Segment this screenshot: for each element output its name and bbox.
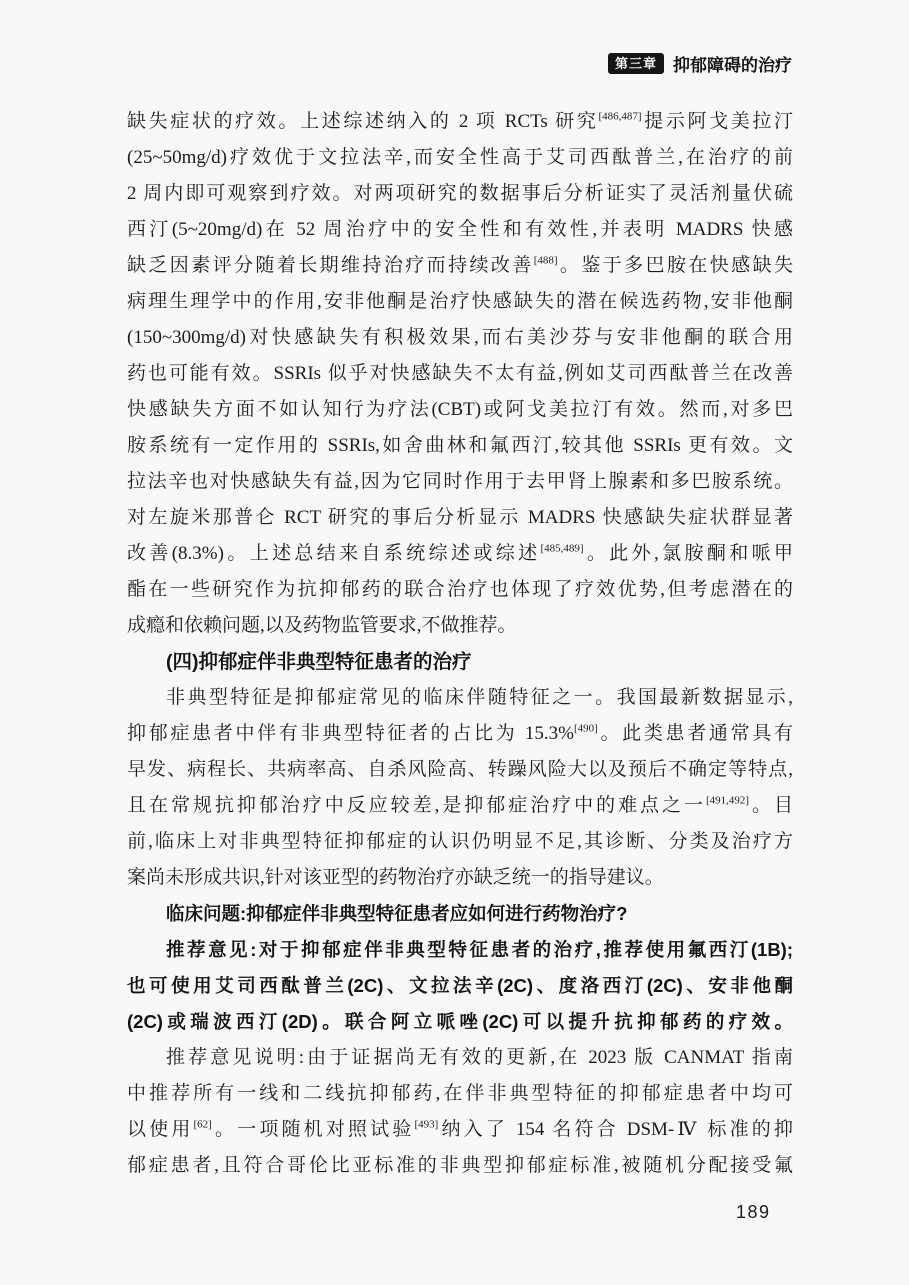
text-line: 拉法辛也对快感缺失有益,因为它同时作用于去甲肾上腺素和多巴胺系统。 [127, 464, 793, 500]
text-segment: 。鉴于多巴胺在快感缺失 [558, 255, 793, 276]
text-segment: 。此类患者通常具有 [598, 723, 793, 744]
text-segment: 2 周内即可观察到疗效。对两项研究的数据事后分析证实了灵活剂量伏硫 [127, 183, 793, 204]
text-line: 前,临床上对非典型特征抑郁症的认识仍明显不足,其诊断、分类及治疗方 [127, 824, 793, 860]
text-segment: 也可使用艾司西酞普兰(2C)、文拉法辛(2C)、度洛西汀(2C)、安非他酮 [127, 975, 793, 996]
text-segment: (四)抑郁症伴非典型特征患者的治疗 [166, 651, 472, 673]
text-segment: 临床问题:抑郁症伴非典型特征患者应如何进行药物治疗? [166, 903, 627, 924]
text-line: 推荐意见:对于抑郁症伴非典型特征患者的治疗,推荐使用氟西汀(1B); [127, 932, 793, 968]
text-line: (2C)或瑞波西汀(2D)。联合阿立哌唑(2C)可以提升抗抑郁药的疗效。 [127, 1004, 793, 1040]
text-line: 酯在一些研究作为抗抑郁药的联合治疗也体现了疗效优势,但考虑潜在的 [127, 572, 793, 608]
text-segment: 。目 [749, 795, 793, 816]
text-segment: 前,临床上对非典型特征抑郁症的认识仍明显不足,其诊断、分类及治疗方 [127, 831, 793, 852]
page-number: 189 [736, 1202, 771, 1223]
text-line: 病理生理学中的作用,安非他酮是治疗快感缺失的潜在候选药物,安非他酮 [127, 284, 793, 320]
text-line: 临床问题:抑郁症伴非典型特征患者应如何进行药物治疗? [127, 896, 793, 932]
text-segment: 早发、病程长、共病率高、自杀风险高、转躁风险大以及预后不确定等特点, [127, 759, 793, 780]
text-line: 抑郁症患者中伴有非典型特征者的占比为 15.3%[490]。此类患者通常具有 [127, 716, 793, 752]
text-segment: 以使用 [127, 1119, 194, 1140]
text-line: 推荐意见说明:由于证据尚无有效的更新,在 2023 版 CANMAT 指南 [127, 1040, 793, 1076]
text-line: 也可使用艾司西酞普兰(2C)、文拉法辛(2C)、度洛西汀(2C)、安非他酮 [127, 968, 793, 1004]
text-segment: 案尚未形成共识,针对该亚型的药物治疗亦缺乏统一的指导建议。 [127, 867, 664, 888]
text-segment: 西汀(5~20mg/d)在 52 周治疗中的安全性和有效性,并表明 MADRS … [127, 219, 793, 240]
text-segment: 推荐意见说明:由于证据尚无有效的更新,在 2023 版 CANMAT 指南 [166, 1047, 793, 1068]
text-segment: (2C)或瑞波西汀(2D)。联合阿立哌唑(2C)可以提升抗抑郁药的疗效。 [127, 1011, 793, 1032]
text-segment: 中推荐所有一线和二线抗抑郁药,在伴非典型特征的抑郁症患者中均可 [127, 1083, 793, 1104]
text-segment: 成瘾和依赖问题,以及药物监管要求,不做推荐。 [127, 615, 517, 636]
text-line: 快感缺失方面不如认知行为疗法(CBT)或阿戈美拉汀有效。然而,对多巴 [127, 392, 793, 428]
text-segment: 抑郁症患者中伴有非典型特征者的占比为 15.3% [127, 723, 574, 744]
text-segment: (25~50mg/d)疗效优于文拉法辛,而安全性高于艾司西酞普兰,在治疗的前 [127, 147, 793, 168]
text-line: 2 周内即可观察到疗效。对两项研究的数据事后分析证实了灵活剂量伏硫 [127, 176, 793, 212]
text-segment: 药也可能有效。SSRIs 似乎对快感缺失不太有益,例如艾司西酞普兰在改善 [127, 363, 793, 384]
citation-reference: [62] [194, 1119, 212, 1131]
text-line: 缺乏因素评分随着长期维持治疗而持续改善[488]。鉴于多巴胺在快感缺失 [127, 248, 793, 284]
text-segment: 胺系统有一定作用的 SSRIs,如舍曲林和氟西汀,较其他 SSRIs 更有效。文 [127, 435, 793, 456]
text-line: 中推荐所有一线和二线抗抑郁药,在伴非典型特征的抑郁症患者中均可 [127, 1076, 793, 1112]
chapter-badge: 第三章 [608, 53, 664, 74]
text-segment: 。此外,氯胺酮和哌甲 [584, 543, 793, 564]
citation-reference: [490] [574, 723, 598, 735]
document-page: 第三章 抑郁障碍的治疗 缺失症状的疗效。上述综述纳入的 2 项 RCTs 研究[… [0, 0, 909, 1285]
text-line: 非典型特征是抑郁症常见的临床伴随特征之一。我国最新数据显示, [127, 680, 793, 716]
text-line: 西汀(5~20mg/d)在 52 周治疗中的安全性和有效性,并表明 MADRS … [127, 212, 793, 248]
text-line: 且在常规抗抑郁治疗中反应较差,是抑郁症治疗中的难点之一[491,492]。目 [127, 788, 793, 824]
text-segment: 缺乏因素评分随着长期维持治疗而持续改善 [127, 255, 534, 276]
text-segment: (150~300mg/d)对快感缺失有积极效果,而右美沙芬与安非他酮的联合用 [127, 327, 793, 348]
text-line: 成瘾和依赖问题,以及药物监管要求,不做推荐。 [127, 608, 793, 644]
text-segment: 酯在一些研究作为抗抑郁药的联合治疗也体现了疗效优势,但考虑潜在的 [127, 579, 793, 600]
citation-reference: [493] [415, 1119, 439, 1131]
text-line: 以使用[62]。一项随机对照试验[493]纳入了 154 名符合 DSM-Ⅳ 标… [127, 1112, 793, 1148]
text-line: 改善(8.3%)。上述总结来自系统综述或综述[485,489]。此外,氯胺酮和哌… [127, 536, 793, 572]
chapter-title: 抑郁障碍的治疗 [673, 51, 792, 76]
text-segment: 。一项随机对照试验 [212, 1119, 415, 1140]
text-line: (150~300mg/d)对快感缺失有积极效果,而右美沙芬与安非他酮的联合用 [127, 320, 793, 356]
text-line: 早发、病程长、共病率高、自杀风险高、转躁风险大以及预后不确定等特点, [127, 752, 793, 788]
text-line: 案尚未形成共识,针对该亚型的药物治疗亦缺乏统一的指导建议。 [127, 860, 793, 896]
body-text: 缺失症状的疗效。上述综述纳入的 2 项 RCTs 研究[486,487]提示阿戈… [127, 104, 793, 1184]
text-segment: 纳入了 154 名符合 DSM-Ⅳ 标准的抑 [438, 1119, 793, 1140]
chapter-header: 第三章 抑郁障碍的治疗 [608, 51, 792, 76]
text-segment: 提示阿戈美拉汀 [642, 111, 793, 132]
citation-reference: [491,492] [706, 795, 749, 807]
text-line: 药也可能有效。SSRIs 似乎对快感缺失不太有益,例如艾司西酞普兰在改善 [127, 356, 793, 392]
text-segment: 快感缺失方面不如认知行为疗法(CBT)或阿戈美拉汀有效。然而,对多巴 [127, 399, 793, 420]
text-line: 郁症患者,且符合哥伦比亚标准的非典型抑郁症标准,被随机分配接受氟 [127, 1148, 793, 1184]
text-line: 对左旋米那普仑 RCT 研究的事后分析显示 MADRS 快感缺失症状群显著 [127, 500, 793, 536]
text-segment: 对左旋米那普仑 RCT 研究的事后分析显示 MADRS 快感缺失症状群显著 [127, 507, 793, 528]
text-segment: 郁症患者,且符合哥伦比亚标准的非典型抑郁症标准,被随机分配接受氟 [127, 1155, 793, 1176]
text-segment: 拉法辛也对快感缺失有益,因为它同时作用于去甲肾上腺素和多巴胺系统。 [127, 471, 793, 492]
text-segment: 非典型特征是抑郁症常见的临床伴随特征之一。我国最新数据显示, [166, 687, 793, 708]
text-segment: 缺失症状的疗效。上述综述纳入的 2 项 RCTs 研究 [127, 111, 598, 132]
text-line: 缺失症状的疗效。上述综述纳入的 2 项 RCTs 研究[486,487]提示阿戈… [127, 104, 793, 140]
text-line: 胺系统有一定作用的 SSRIs,如舍曲林和氟西汀,较其他 SSRIs 更有效。文 [127, 428, 793, 464]
citation-reference: [486,487] [598, 111, 641, 123]
text-segment: 且在常规抗抑郁治疗中反应较差,是抑郁症治疗中的难点之一 [127, 795, 706, 816]
text-segment: 推荐意见:对于抑郁症伴非典型特征患者的治疗,推荐使用氟西汀(1B); [166, 939, 793, 960]
section-heading: (四)抑郁症伴非典型特征患者的治疗 [127, 644, 793, 680]
citation-reference: [485,489] [540, 543, 583, 555]
text-segment: 改善(8.3%)。上述总结来自系统综述或综述 [127, 543, 540, 564]
citation-reference: [488] [534, 255, 558, 267]
text-line: (25~50mg/d)疗效优于文拉法辛,而安全性高于艾司西酞普兰,在治疗的前 [127, 140, 793, 176]
text-segment: 病理生理学中的作用,安非他酮是治疗快感缺失的潜在候选药物,安非他酮 [127, 291, 793, 312]
